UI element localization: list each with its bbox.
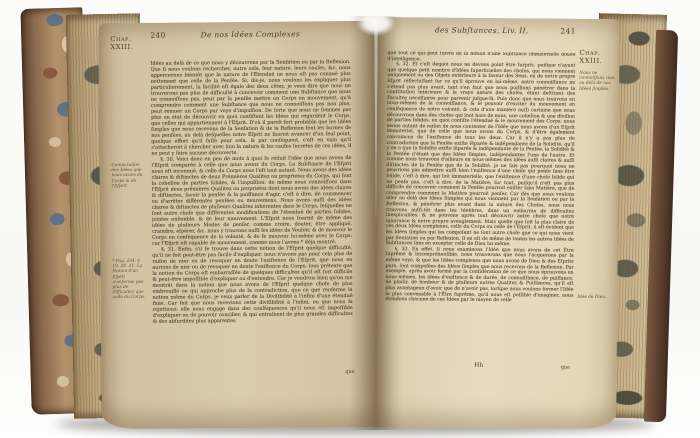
chapter-label: Chap. (579, 49, 602, 57)
chapter-label: Chap. (110, 35, 133, 43)
right-page-text: que tout ce qui peut ſuivre de la notion… (385, 51, 576, 379)
left-paragraph-section-31: §. 31. Enfin, s'il ſe trouve dans cette … (152, 245, 353, 325)
left-margin-note-2: * Pag. 234. §. 19. 20. 21. La Notion d'u… (112, 259, 148, 301)
left-catchword: que (345, 369, 354, 375)
left-running-title: De nos Idées Complexes (150, 29, 350, 40)
right-page-number: 241 (560, 27, 575, 36)
left-margin-note-1: Comparaiſon des Idées que nous avons du … (111, 163, 147, 189)
photo-of-open-antique-book: 240 De nos Idées Complexes Chap. XXIII. … (0, 0, 700, 438)
right-paragraph-section-32: §. 32. Et c'eſt dequoi nous ne devons po… (386, 62, 576, 248)
chapter-number: XXIII. (110, 43, 133, 51)
left-page-header: 240 De nos Idées Complexes (150, 29, 350, 31)
right-paragraph-section-33: §. 33. En effet, ſi nous examinons l'Idé… (385, 247, 573, 305)
right-page: des Subſtances. Liv. II. 241 Chap. XXIII… (374, 17, 620, 429)
left-page-text: Idées au delà de ce que nous y découvron… (151, 59, 354, 383)
right-catchword: que (561, 365, 570, 371)
left-paragraph-section-30: §. 30. Voici donc en peu de mots à quoi … (151, 155, 352, 247)
chapter-number: XXIII. (579, 57, 602, 65)
left-page: 240 De nos Idées Complexes Chap. XXIII. … (98, 21, 378, 429)
right-running-title: des Subſtances. Liv. II. (388, 25, 576, 36)
left-paragraph-continuation: Idées au delà de ce que nous y découvron… (151, 59, 352, 157)
right-page-header: des Subſtances. Liv. II. 241 (388, 25, 576, 27)
right-margin-note-1: Nous ne connoiſſons rien au delà de nos … (579, 71, 615, 92)
right-chapter-marker: Chap. XXIII. (579, 49, 602, 65)
left-chapter-marker: Chap. XXIII. (110, 35, 133, 51)
right-margin-note-2: Idée de Dieu. (577, 295, 613, 301)
